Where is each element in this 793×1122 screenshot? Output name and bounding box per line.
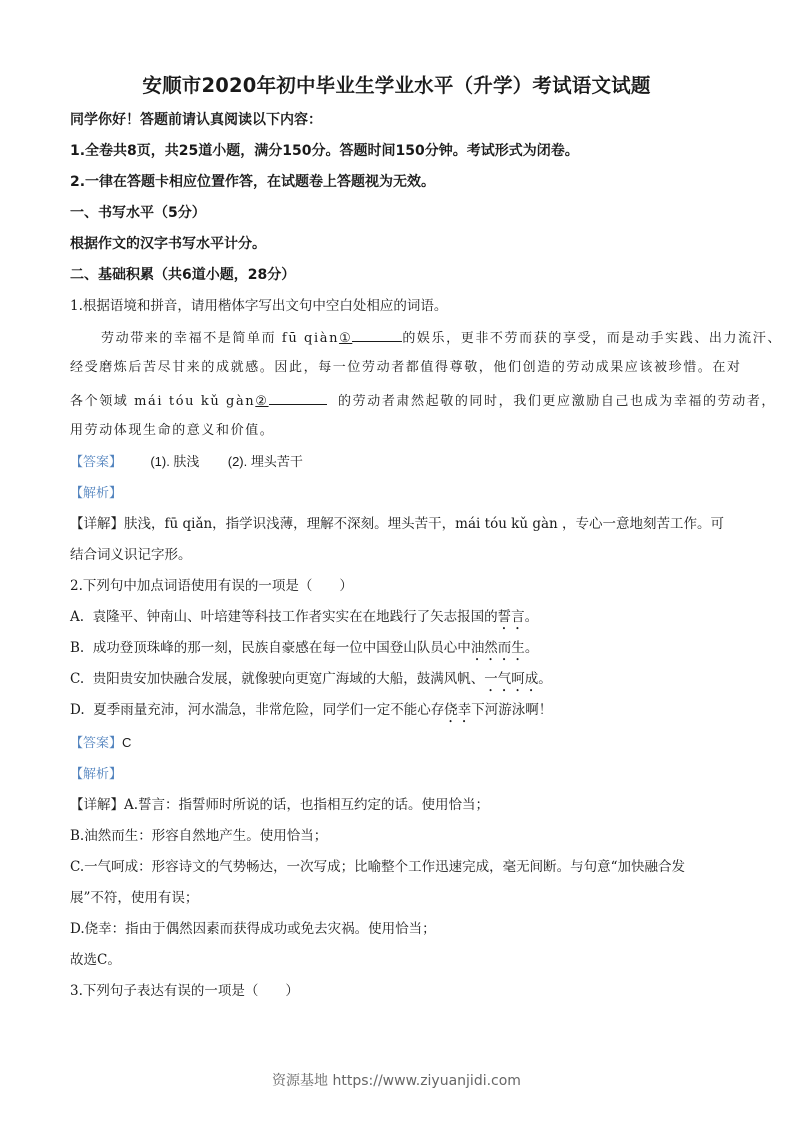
- passage-text: 的娱乐，更非不劳而获的享受，而是动手实践、出力流汗、: [402, 331, 782, 346]
- question-1-answer: 【答案】 (1). 肤浅 (2). 埋头苦干: [70, 452, 303, 473]
- question-2-detail-line-3: C.一气呵成：形容诗文的气势畅达，一次写成；比喻整个工作迅速完成，毫无间断。与句…: [70, 857, 685, 877]
- question-2-option-b: B. 成功登顶珠峰的那一刻，民族自豪感在每一位中国登山队员心中油然而生。: [70, 638, 538, 664]
- section-2-heading: 二、基础积累（共6道小题，28分）: [70, 265, 295, 285]
- option-label: D.: [70, 702, 85, 718]
- option-text: 。: [538, 671, 552, 687]
- option-text: 夏季雨量充沛，河水湍急，非常危险，同学们一定不能心存: [93, 702, 444, 718]
- question-2-detail-line-2: B.油然而生：形容自然地产生。使用恰当；: [70, 826, 327, 846]
- question-2-detail-line-4: 展”不符，使用有误；: [70, 888, 198, 908]
- question-1-passage-line-1: 劳动带来的幸福不是简单而 fū qiàn①的娱乐，更非不劳而获的享受，而是动手实…: [101, 327, 782, 349]
- question-1-passage-line-4: 用劳动体现生命的意义和价值。: [70, 421, 274, 441]
- option-text: 。: [525, 609, 539, 625]
- option-text: 下河游泳啊！: [471, 702, 552, 718]
- answer-label: 【答案】: [70, 455, 122, 470]
- option-text: 成功登顶珠峰的那一刻，民族自豪感在每一位中国登山队员心中: [93, 640, 471, 656]
- question-1-analysis: 【解析】: [70, 483, 122, 504]
- section-1-body: 根据作文的汉字书写水平计分。: [70, 234, 266, 254]
- option-label: A.: [70, 609, 84, 625]
- blank-1-line: [352, 327, 402, 342]
- blank-1-marker: ①: [339, 331, 352, 346]
- question-2-option-a: A. 袁隆平、钟南山、叶培建等科技工作者实实在在地践行了矢志报国的誓言。: [70, 607, 538, 633]
- question-1-passage-line-2: 经受磨炼后苦尽甘来的成就感。因此，每一位劳动者都值得尊敬，他们创造的劳动成果应该…: [70, 358, 742, 378]
- question-1-detail-line-1: 【详解】肤浅，fū qiǎn，指学识浅薄，理解不深刻。埋头苦干，mái tóu …: [70, 514, 724, 534]
- blank-2-line: [269, 390, 327, 405]
- footer-watermark: 资源基地 https://www.ziyuanjidi.com: [0, 1070, 793, 1090]
- question-2-option-d: D. 夏季雨量充沛，河水湍急，非常危险，同学们一定不能心存侥幸下河游泳啊！: [70, 700, 552, 726]
- option-text: 袁隆平、钟南山、叶培建等科技工作者实实在在地践行了矢志报国的: [93, 609, 498, 625]
- option-label: C.: [70, 671, 84, 687]
- option-text: 。: [525, 640, 539, 656]
- instruction-item-2: 2.一律在答题卡相应位置作答，在试题卷上答题视为无效。: [70, 172, 435, 192]
- passage-text: 各个领域 mái tóu kǔ gàn: [70, 394, 255, 409]
- question-1-passage-line-3: 各个领域 mái tóu kǔ gàn② 的劳动者肃然起敬的同时，我们更应激励自…: [70, 390, 776, 412]
- question-2-detail-line-5: D.侥幸：指由于偶然因素而获得成功或免去灾祸。使用恰当；: [70, 919, 436, 939]
- analysis-label: 【解析】: [70, 767, 122, 782]
- answer-value: C: [122, 735, 131, 750]
- answer-label: 【答案】: [70, 736, 122, 751]
- question-2-prompt: 2.下列句中加点词语使用有误的一项是（ ）: [70, 576, 353, 596]
- passage-text: 劳动带来的幸福不是简单而 fū qiàn: [101, 331, 339, 346]
- option-label: B.: [70, 640, 84, 656]
- question-2-detail-line-1: 【详解】A.誓言：指誓师时所说的话，也指相互约定的话。使用恰当；: [70, 795, 489, 815]
- question-3-prompt: 3.下列句子表达有误的一项是（ ）: [70, 981, 299, 1001]
- answer-item-2: (2). 埋头苦干: [228, 454, 303, 469]
- question-2-answer: 【答案】C: [70, 733, 131, 754]
- section-1-heading: 一、书写水平（5分）: [70, 203, 206, 223]
- blank-2-marker: ②: [255, 394, 268, 409]
- question-2-option-c: C. 贵阳贵安加快融合发展，就像驶向更宽广海域的大船，鼓满风帆、一气呵成。: [70, 669, 552, 695]
- dotted-word: 侥幸: [444, 702, 471, 718]
- dotted-word: 油然而生: [471, 640, 525, 656]
- dotted-word: 誓言: [498, 609, 525, 625]
- page-title: 安顺市2020年初中毕业生学业水平（升学）考试语文试题: [0, 70, 793, 98]
- instruction-item-1: 1.全卷共8页，共25道小题，满分150分。答题时间150分钟。考试形式为闭卷。: [70, 141, 579, 161]
- question-1-detail-line-2: 结合词义识记字形。: [70, 545, 192, 565]
- question-2-analysis: 【解析】: [70, 764, 122, 785]
- analysis-label: 【解析】: [70, 486, 122, 501]
- option-text: 贵阳贵安加快融合发展，就像驶向更宽广海域的大船，鼓满风帆、: [93, 671, 485, 687]
- document-page: 安顺市2020年初中毕业生学业水平（升学）考试语文试题 同学你好！答题前请认真阅…: [0, 0, 793, 1122]
- question-1-prompt: 1.根据语境和拼音，请用楷体字写出文句中空白处相应的词语。: [70, 296, 447, 316]
- passage-text: 的劳动者肃然起敬的同时，我们更应激励自己也成为幸福的劳动者，: [338, 394, 776, 409]
- answer-item-1: (1). 肤浅: [150, 454, 199, 469]
- question-2-conclusion: 故选C。: [70, 950, 121, 970]
- dotted-word: 一气呵成: [484, 671, 538, 687]
- instructions-greeting: 同学你好！答题前请认真阅读以下内容：: [70, 110, 322, 130]
